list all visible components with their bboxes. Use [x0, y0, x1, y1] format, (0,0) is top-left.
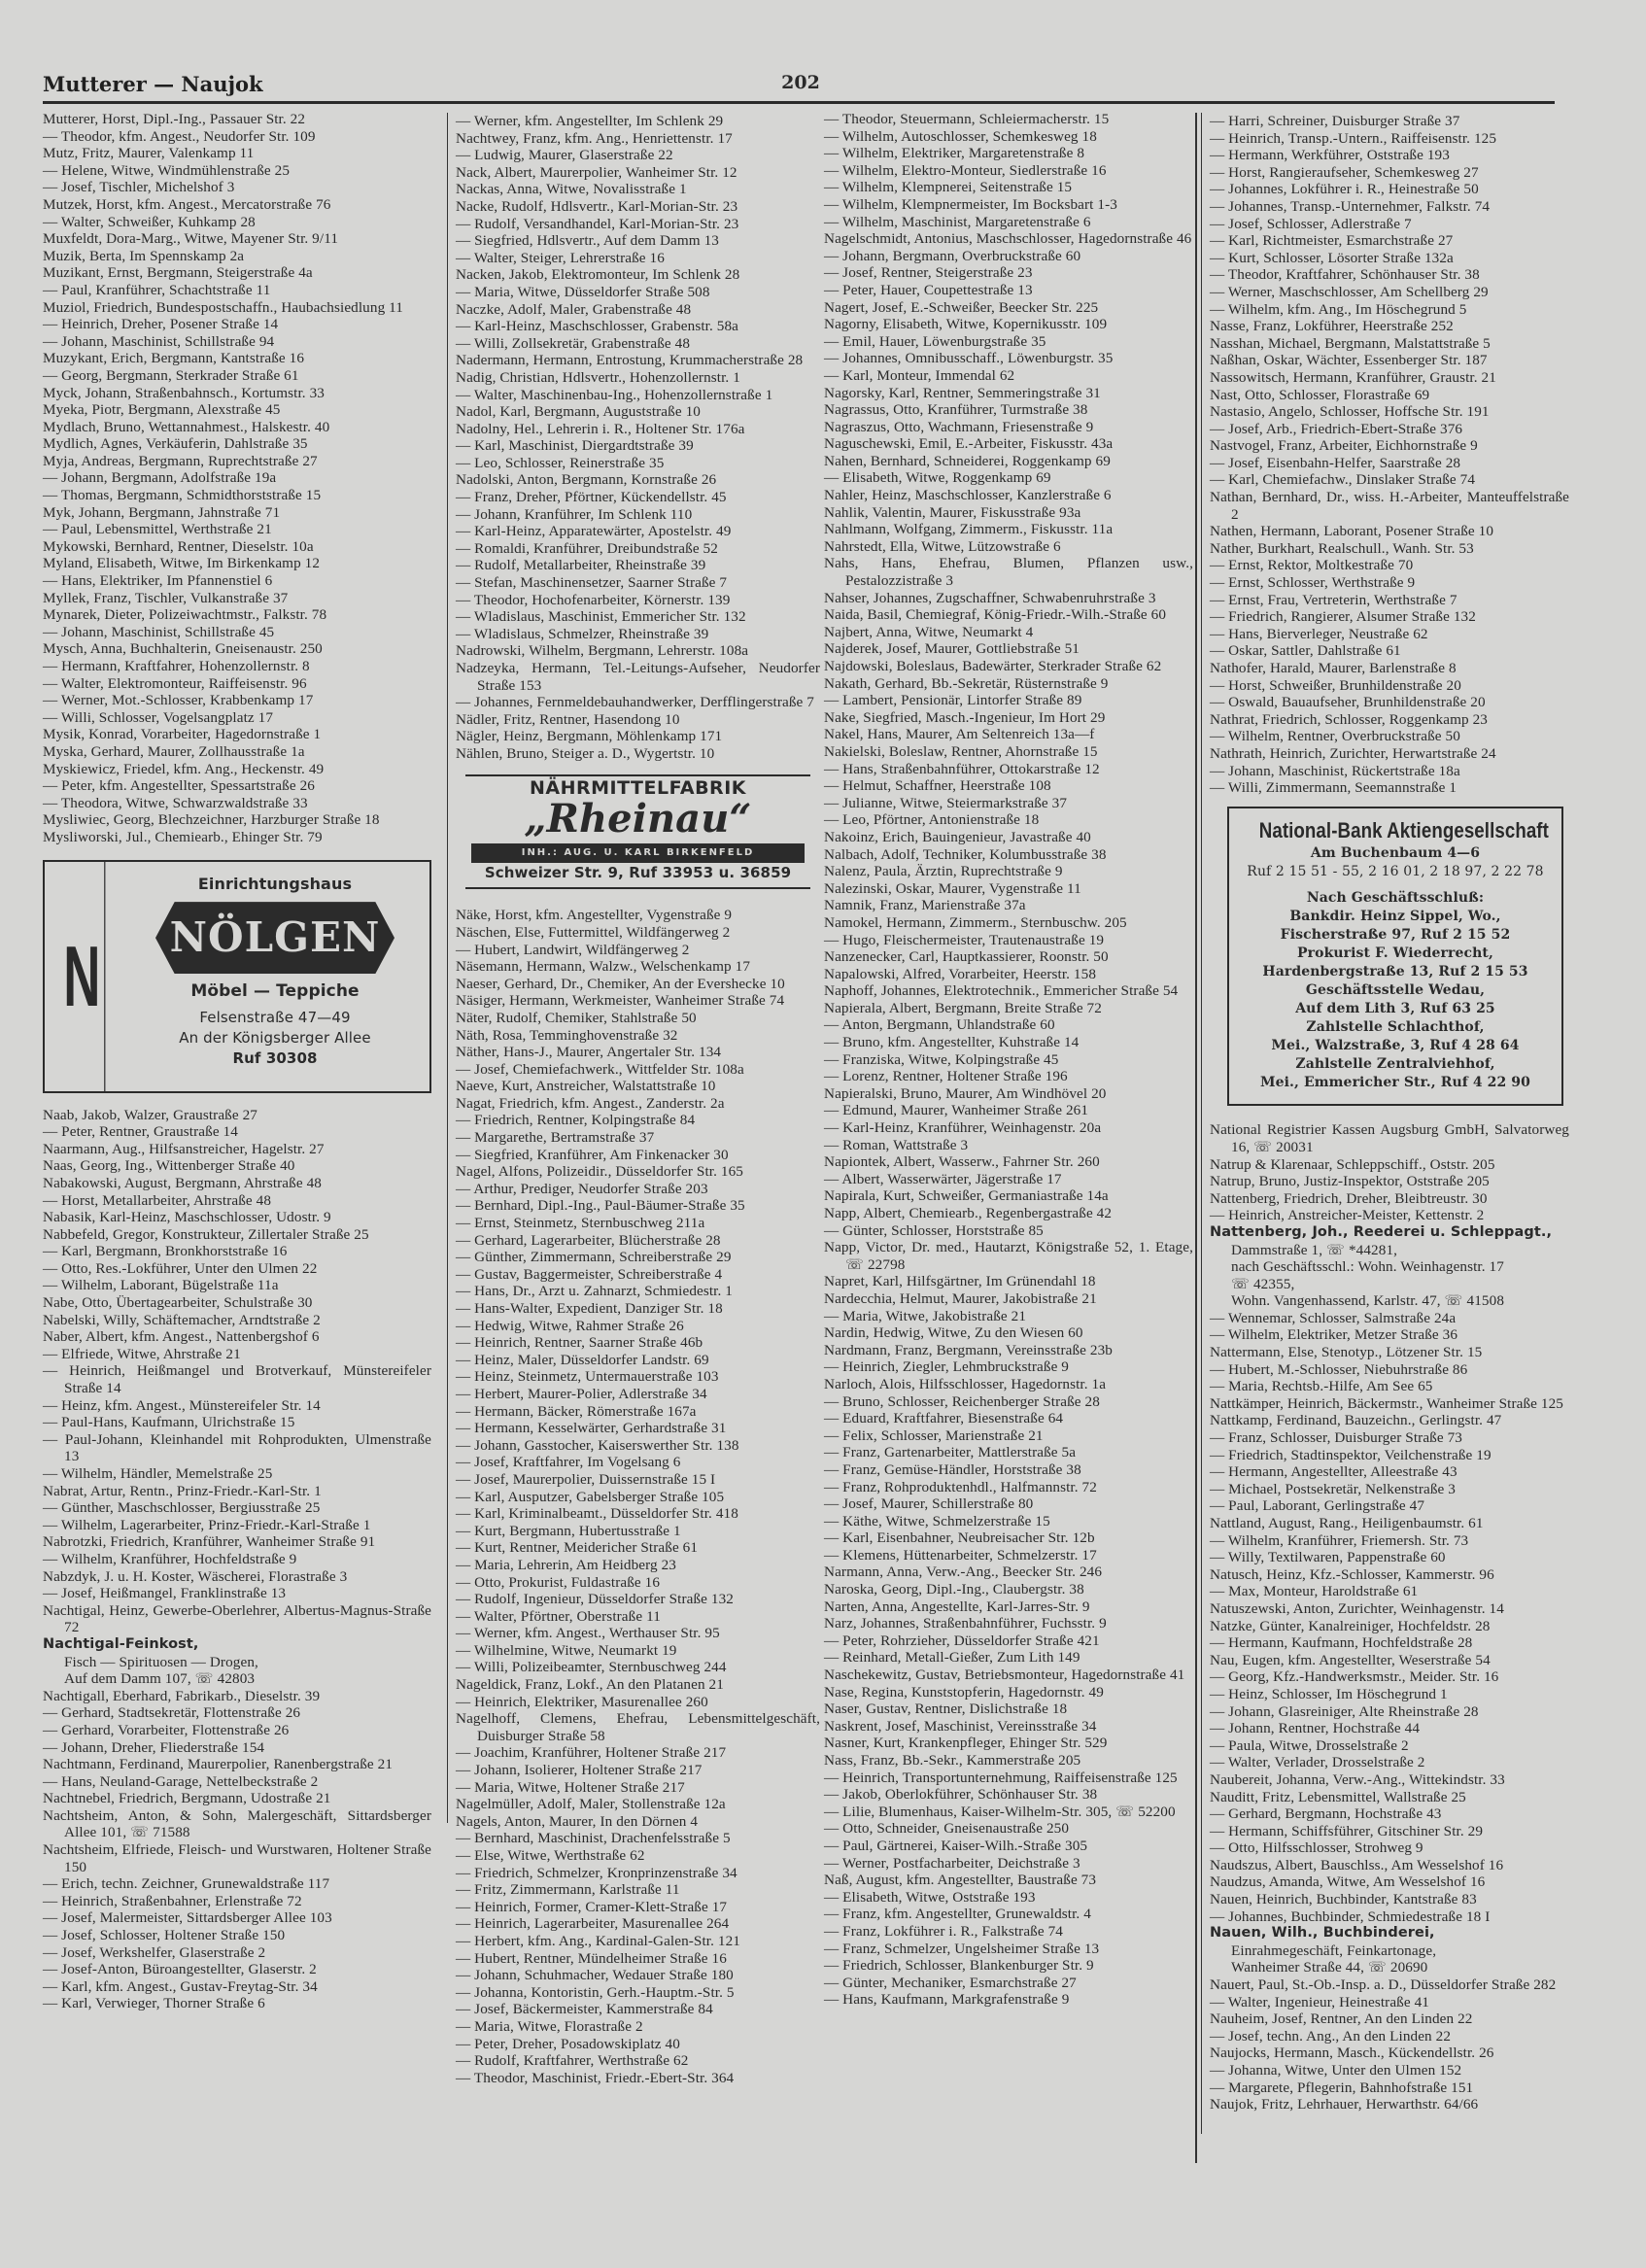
directory-entry: Natrup, Bruno, Justiz-Inspektor, Oststra… [1210, 1173, 1569, 1190]
directory-entry: Nardin, Hedwig, Witwe, Zu den Wiesen 60 [824, 1324, 1193, 1342]
directory-entry: — Wladislaus, Schmelzer, Rheinstraße 39 [456, 626, 820, 643]
directory-entry: — Georg, Kfz.-Handwerksmstr., Meider. St… [1210, 1668, 1569, 1686]
directory-entry: Nachtmann, Ferdinand, Maurerpolier, Rane… [43, 1756, 431, 1773]
bank-contact-lines: Bankdir. Heinz Sippel, Wo.,Fischerstraße… [1235, 908, 1556, 1092]
directory-entry: — Peter, Rohrzieher, Düsseldorfer Straße… [824, 1632, 1193, 1650]
directory-entry: — Werner, Mot.-Schlosser, Krabbenkamp 17 [43, 692, 431, 709]
directory-entry: — Hermann, Kesselwärter, Gerhardstraße 3… [456, 1420, 820, 1437]
directory-entry: — Josef, Tischler, Michelshof 3 [43, 179, 431, 196]
directory-entry: Nacke, Rudolf, Hdlsvertr., Karl-Morian-S… [456, 198, 820, 216]
directory-entry: Natzke, Günter, Kanalreiniger, Hochfelds… [1210, 1618, 1569, 1635]
section-letter: N [60, 862, 106, 1091]
directory-entry: Nadzeyka, Hermann, Tel.-Leitungs-Aufsehe… [456, 660, 820, 694]
directory-entry: Nakielski, Boleslaw, Rentner, Ahornstraß… [824, 743, 1193, 761]
directory-entry: — Herbert, Maurer-Polier, Adlerstraße 34 [456, 1386, 820, 1403]
directory-entry: Nachtsheim, Anton, & Sohn, Malergeschäft… [43, 1807, 431, 1841]
directory-entry: — Friedrich, Schmelzer, Kronprinzenstraß… [456, 1865, 820, 1882]
directory-entry: Nagels, Anton, Maurer, In den Dörnen 4 [456, 1813, 820, 1831]
directory-entry: Nabelski, Willy, Schäftemacher, Arndtstr… [43, 1312, 431, 1329]
directory-entry: Nast, Otto, Schlosser, Florastraße 69 [1210, 387, 1569, 404]
directory-entry: — Theodor, kfm. Angest., Neudorfer Str. … [43, 128, 431, 146]
directory-entry: — Wilhelm, Lagerarbeiter, Prinz-Friedr.-… [43, 1517, 431, 1534]
directory-entry: Napirala, Kurt, Schweißer, Germaniastraß… [824, 1187, 1193, 1205]
directory-entry: Mutzek, Horst, kfm. Angest., Mercatorstr… [43, 196, 431, 214]
entry-list: National Registrier Kassen Augsburg GmbH… [1210, 1121, 1569, 2113]
directory-entry: Nase, Regina, Kunststopferin, Hagedornst… [824, 1684, 1193, 1701]
directory-entry: Nathrat, Friedrich, Schlosser, Roggenkam… [1210, 711, 1569, 729]
directory-entry: — Bruno, kfm. Angestellter, Kuhstraße 14 [824, 1034, 1193, 1051]
directory-entry: — Friedrich, Rangierer, Alsumer Straße 1… [1210, 608, 1569, 626]
directory-entry: Nabakowski, August, Bergmann, Ahrstraße … [43, 1175, 431, 1192]
directory-entry: — Gerhard, Lagerarbeiter, Blücherstraße … [456, 1232, 820, 1250]
directory-entry: — Günther, Maschschlosser, Bergiusstraße… [43, 1499, 431, 1517]
directory-entry: Mutz, Fritz, Maurer, Valenkamp 11 [43, 145, 431, 162]
directory-entry: Nau, Eugen, kfm. Angestellter, Weserstra… [1210, 1652, 1569, 1669]
directory-entry: Naschekewitz, Gustav, Betriebsmonteur, H… [824, 1667, 1193, 1684]
business-listing: Nachtigal-Feinkost, [43, 1636, 431, 1654]
directory-entry: — Wilhelmine, Witwe, Neumarkt 19 [456, 1642, 820, 1660]
directory-entry: — Otto, Schneider, Gneisenaustraße 250 [824, 1820, 1193, 1838]
directory-entry: Nathrath, Heinrich, Zurichter, Herwartst… [1210, 745, 1569, 763]
directory-entry: Narmann, Anna, Verw.-Ang., Beecker Str. … [824, 1564, 1193, 1581]
directory-entry: Nanzenecker, Carl, Hauptkassierer, Roons… [824, 948, 1193, 966]
directory-entry: — Walter, Verlader, Drosselstraße 2 [1210, 1754, 1569, 1771]
directory-entry: — Johannes, Lokführer i. R., Heinestraße… [1210, 181, 1569, 198]
directory-entry: — Else, Witwe, Werthstraße 62 [456, 1847, 820, 1865]
directory-entry: Nädler, Fritz, Rentner, Hasendong 10 [456, 711, 820, 729]
directory-entry: — Josef, Schlosser, Adlerstraße 7 [1210, 216, 1569, 233]
directory-entry: Naarmann, Aug., Hilfsanstreicher, Hagels… [43, 1141, 431, 1158]
directory-entry: — Gerhard, Stadtsekretär, Flottenstraße … [43, 1704, 431, 1722]
directory-entry: — Paula, Witwe, Drosselstraße 2 [1210, 1737, 1569, 1755]
directory-entry: — Hans-Walter, Expedient, Danziger Str. … [456, 1300, 820, 1318]
directory-entry: — Werner, kfm. Angest., Werthauser Str. … [456, 1625, 820, 1642]
directory-entry: — Ernst, Schlosser, Werthstraße 9 [1210, 574, 1569, 592]
directory-entry: — Theodor, Hochofenarbeiter, Körnerstr. … [456, 592, 820, 609]
directory-entry: Nathen, Hermann, Laborant, Posener Straß… [1210, 523, 1569, 540]
directory-entry: — Johannes, Buchbinder, Schmiedestraße 1… [1210, 1908, 1569, 1926]
directory-entry: — Joachim, Kranführer, Holtener Straße 2… [456, 1744, 820, 1762]
directory-entry: — Josef, Schlosser, Holtener Straße 150 [43, 1927, 431, 1944]
directory-entry: Nattland, August, Rang., Heiligenbaumstr… [1210, 1515, 1569, 1532]
directory-entry: — Heinrich, Transportunternehmung, Raiff… [824, 1770, 1193, 1787]
directory-entry: Nagrassus, Otto, Kranführer, Turmstraße … [824, 401, 1193, 419]
directory-entry: — Heinrich, Straßenbahner, Erlenstraße 7… [43, 1893, 431, 1910]
listing-detail: Wohn. Vangenhassend, Karlstr. 47, ☏ 4150… [1210, 1292, 1569, 1310]
directory-entry: Nachtsheim, Elfriede, Fleisch- und Wurst… [43, 1841, 431, 1875]
directory-entry: Nagert, Josef, E.-Schweißer, Beecker Str… [824, 299, 1193, 317]
directory-entry: — Josef, Rentner, Steigerstraße 23 [824, 264, 1193, 282]
directory-entry: Napalowski, Alfred, Vorarbeiter, Heerstr… [824, 966, 1193, 983]
directory-entry: — Johanna, Witwe, Unter den Ulmen 152 [1210, 2062, 1569, 2079]
directory-entry: Mutterer, Horst, Dipl.-Ing., Passauer St… [43, 111, 431, 128]
directory-entry: — Horst, Rangieraufseher, Schemkesweg 27 [1210, 164, 1569, 182]
directory-entry: — Willi, Schlosser, Vogelsangplatz 17 [43, 709, 431, 727]
directory-entry: Nadrowski, Wilhelm, Bergmann, Lehrerstr.… [456, 642, 820, 660]
directory-entry: — Theodor, Kraftfahrer, Schönhauser Str.… [1210, 266, 1569, 284]
directory-entry: — Elisabeth, Witwe, Roggenkamp 69 [824, 469, 1193, 487]
directory-entry: Naczke, Adolf, Maler, Grabenstraße 48 [456, 301, 820, 319]
directory-entry: — Johannes, Fernmeldebauhandwerker, Derf… [456, 694, 820, 711]
directory-entry: Nadol, Karl, Bergmann, Auguststraße 10 [456, 403, 820, 421]
directory-entry: — Johanna, Kontoristin, Gerh.-Hauptm.-St… [456, 1984, 820, 2002]
directory-entry: Muzikant, Ernst, Bergmann, Steigerstraße… [43, 264, 431, 282]
directory-entry: Natusch, Heinz, Kfz.-Schlosser, Kammerst… [1210, 1566, 1569, 1584]
directory-entry: — Heinrich, Lagerarbeiter, Masurenallee … [456, 1915, 820, 1933]
directory-entry: — Lambert, Pensionär, Lintorfer Straße 8… [824, 692, 1193, 709]
entry-list: Näke, Horst, kfm. Angestellter, Vygenstr… [456, 907, 820, 2086]
directory-entry: Nakoinz, Erich, Bauingenieur, Javastraße… [824, 829, 1193, 846]
directory-entry: — Karl, kfm. Angest., Gustav-Freytag-Str… [43, 1978, 431, 1996]
directory-entry: Mykowski, Bernhard, Rentner, Dieselstr. … [43, 538, 431, 556]
directory-entry: — Karl, Richtmeister, Esmarchstraße 27 [1210, 232, 1569, 250]
listing-detail: Einrahmegeschäft, Feinkartonage, [1210, 1942, 1569, 1960]
directory-entry: — Günter, Schlosser, Horststraße 85 [824, 1222, 1193, 1240]
directory-entry: — Josef, Arb., Friedrich-Ebert-Straße 37… [1210, 421, 1569, 438]
directory-entry: Näter, Rudolf, Chemiker, Stahlstraße 50 [456, 1010, 820, 1027]
directory-entry: — Rudolf, Ingenieur, Düsseldorfer Straße… [456, 1591, 820, 1608]
ad-address-2: An der Königsberger Allee [120, 1028, 429, 1048]
directory-entry: — Johann, Bergmann, Overbruckstraße 60 [824, 248, 1193, 265]
directory-entry: — Josef, Maurer, Schillerstraße 80 [824, 1495, 1193, 1513]
directory-entry: — Willi, Zimmermann, Seemannstraße 1 [1210, 779, 1569, 797]
business-listing: Nattenberg, Joh., Reederei u. Schleppagt… [1210, 1224, 1569, 1242]
directory-entry: — Walter, Maschinenbau-Ing., Hohenzoller… [456, 387, 820, 404]
directory-entry: — Johann, Dreher, Fliederstraße 154 [43, 1739, 431, 1757]
directory-entry: — Josef-Anton, Büroangestellter, Glasers… [43, 1961, 431, 1978]
directory-entry: Naudzus, Amanda, Witwe, Am Wesselshof 16 [1210, 1873, 1569, 1891]
directory-entry: — Johann, Gasstocher, Kaiserswerther Str… [456, 1437, 820, 1455]
directory-entry: Nachtigall, Eberhard, Fabrikarb., Diesel… [43, 1688, 431, 1705]
directory-entry: — Stefan, Maschinensetzer, Saarner Straß… [456, 574, 820, 592]
directory-entry: — Paul, Laborant, Gerlingstraße 47 [1210, 1497, 1569, 1515]
entry-list: Naab, Jakob, Walzer, Graustraße 27— Pete… [43, 1107, 431, 2012]
directory-entry: Nasse, Franz, Lokführer, Heerstraße 252 [1210, 318, 1569, 335]
directory-entry: — Otto, Hilfsschlosser, Strohweg 9 [1210, 1839, 1569, 1857]
listing-detail: Fisch — Spirituosen — Drogen, [43, 1654, 431, 1671]
directory-entry: — Fritz, Zimmermann, Karlstraße 11 [456, 1881, 820, 1899]
bank-contact-line: Fischerstraße 97, Ruf 2 15 52 [1235, 926, 1556, 945]
directory-entry: — Franz, Rohproduktenhdl., Halfmannstr. … [824, 1479, 1193, 1496]
directory-entry: — Ludwig, Maurer, Glaserstraße 22 [456, 147, 820, 164]
directory-entry: — Romaldi, Kranführer, Dreibundstraße 52 [456, 540, 820, 558]
bank-contact-line: Mei., Emmericher Str., Ruf 4 22 90 [1235, 1074, 1556, 1092]
directory-entry: Narten, Anna, Angestellte, Karl-Jarres-S… [824, 1598, 1193, 1616]
listing-detail: Dammstraße 1, ☏ *44281, [1210, 1242, 1569, 1259]
directory-entry: — Harri, Schreiner, Duisburger Straße 37 [1210, 113, 1569, 130]
directory-entry: Nass, Franz, Bb.-Sekr., Kammerstraße 205 [824, 1752, 1193, 1770]
directory-entry: — Helene, Witwe, Windmühlenstraße 25 [43, 162, 431, 180]
directory-entry: Nather, Burkhart, Realschull., Wanh. Str… [1210, 540, 1569, 558]
directory-entry: Naber, Albert, kfm. Angest., Nattenbergs… [43, 1328, 431, 1346]
directory-entry: — Hermann, Angestellter, Alleestraße 43 [1210, 1463, 1569, 1481]
directory-entry: — Josef, Malermeister, Sittardsberger Al… [43, 1909, 431, 1927]
directory-entry: — Heinrich, Transp.-Untern., Raiffeisens… [1210, 130, 1569, 148]
directory-entry: — Elisabeth, Witwe, Oststraße 193 [824, 1889, 1193, 1907]
directory-entry: — Willy, Textilwaren, Pappenstraße 60 [1210, 1549, 1569, 1566]
listing-detail: ☏ 42355, [1210, 1276, 1569, 1293]
directory-entry: Nalbach, Adolf, Techniker, Kolumbusstraß… [824, 846, 1193, 864]
ad-address: Schweizer Str. 9, Ruf 33953 u. 36859 [465, 865, 810, 882]
directory-entry: Muzykant, Erich, Bergmann, Kantstraße 16 [43, 350, 431, 367]
directory-entry: — Franz, Gartenarbeiter, Mattlerstraße 5… [824, 1444, 1193, 1461]
directory-entry: — Gerhard, Bergmann, Hochstraße 43 [1210, 1805, 1569, 1823]
directory-entry: — Maria, Witwe, Düsseldorfer Straße 508 [456, 284, 820, 301]
directory-entry: Napp, Albert, Chemiearb., Regenbergastra… [824, 1205, 1193, 1222]
directory-entry: — Leo, Pförtner, Antonienstraße 18 [824, 811, 1193, 829]
directory-entry: — Walter, Ingenieur, Heinestraße 41 [1210, 1994, 1569, 2011]
directory-entry: — Paul-Johann, Kleinhandel mit Rohproduk… [43, 1431, 431, 1465]
directory-entry: — Maria, Witwe, Jakobistraße 21 [824, 1308, 1193, 1325]
directory-entry: — Johann, Maschinist, Schillstraße 45 [43, 624, 431, 641]
directory-entry: Namokel, Hermann, Zimmerm., Sternbuschw.… [824, 914, 1193, 932]
directory-entry: — Franz, Schmelzer, Ungelsheimer Straße … [824, 1941, 1193, 1958]
advertisement-national-bank: National-Bank Aktiengesellschaft Am Buch… [1227, 807, 1563, 1107]
bank-phones: Ruf 2 15 51 - 55, 2 16 01, 2 18 97, 2 22… [1235, 863, 1556, 881]
page-header: Mutterer — Naujok 202 [43, 72, 1559, 103]
directory-entry: — Heinrich, Anstreicher-Meister, Kettens… [1210, 1207, 1569, 1224]
directory-entry: — Wilhelm, kfm. Ang., Im Höschegrund 5 [1210, 301, 1569, 319]
directory-entry: — Hubert, Rentner, Mündelheimer Straße 1… [456, 1950, 820, 1968]
directory-entry: Napret, Karl, Hilfsgärtner, Im Grünendah… [824, 1273, 1193, 1290]
directory-entry: — Wilhelm, Rentner, Overbruckstraße 50 [1210, 728, 1569, 745]
directory-entry: Myck, Johann, Straßenbahnsch., Kortumstr… [43, 385, 431, 402]
directory-entry: Naeve, Kurt, Anstreicher, Walstattstraße… [456, 1078, 820, 1095]
directory-entry: — Hubert, Landwirt, Wildfängerweg 2 [456, 942, 820, 959]
column-3: — Theodor, Steuermann, Schleiermacherstr… [824, 111, 1193, 2009]
directory-entry: Napp, Victor, Dr. med., Hautarzt, Königs… [824, 1239, 1193, 1273]
page-number: 202 [43, 72, 1559, 93]
directory-entry: Nachtwey, Franz, kfm. Ang., Henriettenst… [456, 130, 820, 148]
directory-entry: — Heinz, Maler, Düsseldorfer Landstr. 69 [456, 1352, 820, 1369]
directory-entry: — Hermann, Schiffsführer, Gitschiner Str… [1210, 1823, 1569, 1840]
directory-entry: Nahs, Hans, Ehefrau, Blumen, Pflanzen us… [824, 555, 1193, 589]
directory-entry: Näke, Horst, kfm. Angestellter, Vygenstr… [456, 907, 820, 924]
directory-entry: — Johannes, Omnibusschaff., Löwenburgstr… [824, 350, 1193, 367]
directory-entry: — Heinrich, Elektriker, Masurenallee 260 [456, 1694, 820, 1711]
directory-entry: — Max, Monteur, Haroldstraße 61 [1210, 1583, 1569, 1600]
directory-entry: Nagelmüller, Adolf, Maler, Stollenstraße… [456, 1796, 820, 1813]
directory-entry: — Hermann, Werkführer, Oststraße 193 [1210, 147, 1569, 164]
directory-entry: — Karl, Monteur, Immendal 62 [824, 367, 1193, 385]
directory-entry: — Otto, Prokurist, Fuldastraße 16 [456, 1574, 820, 1592]
column-2: — Werner, kfm. Angestellter, Im Schlenk … [447, 113, 820, 1823]
directory-entry: — Emil, Hauer, Löwenburgstraße 35 [824, 333, 1193, 351]
directory-entry: — Hans, Dr., Arzt u. Zahnarzt, Schmiedes… [456, 1283, 820, 1300]
directory-entry: — Maria, Witwe, Florastraße 2 [456, 2018, 820, 2036]
directory-entry: Näsemann, Hermann, Walzw., Welschenkamp … [456, 958, 820, 976]
bank-contact-line: Bankdir. Heinz Sippel, Wo., [1235, 908, 1556, 926]
directory-entry: — Erich, techn. Zeichner, Grunewaldstraß… [43, 1875, 431, 1893]
directory-entry: — Peter, Dreher, Posadowskiplatz 40 [456, 2036, 820, 2053]
directory-entry: — Willi, Zollsekretär, Grabenstraße 48 [456, 335, 820, 353]
directory-entry: — Johann, Rentner, Hochstraße 44 [1210, 1720, 1569, 1737]
directory-entry: Mydlich, Agnes, Verkäuferin, Dahlstraße … [43, 435, 431, 453]
directory-entry: Najdowski, Boleslaus, Badewärter, Sterkr… [824, 658, 1193, 675]
listing-detail: nach Geschäftsschl.: Wohn. Weinhagenstr.… [1210, 1258, 1569, 1276]
column-1: Mutterer, Horst, Dipl.-Ing., Passauer St… [43, 111, 431, 2012]
directory-entry: — Hedwig, Witwe, Rahmer Straße 26 [456, 1318, 820, 1335]
directory-entry: — Wladislaus, Maschinist, Emmericher Str… [456, 608, 820, 626]
directory-entry: — Otto, Res.-Lokführer, Unter den Ulmen … [43, 1260, 431, 1278]
directory-entry: Myllek, Franz, Tischler, Vulkanstraße 37 [43, 590, 431, 607]
directory-entry: Nalenz, Paula, Ärztin, Ruprechtstraße 9 [824, 863, 1193, 880]
directory-entry: — Paul, Gärtnerei, Kaiser-Wilh.-Straße 3… [824, 1838, 1193, 1855]
listing-detail: Wanheimer Straße 44, ☏ 20690 [1210, 1959, 1569, 1976]
directory-entry: Nattermann, Else, Stenotyp., Lötzener St… [1210, 1344, 1569, 1361]
directory-entry: — Wilhelm, Klempnerei, Seitenstraße 15 [824, 179, 1193, 196]
directory-entry: — Eduard, Kraftfahrer, Biesenstraße 64 [824, 1410, 1193, 1427]
directory-entry: — Josef, Heißmangel, Franklinstraße 13 [43, 1585, 431, 1602]
directory-entry: — Maria, Lehrerin, Am Heidberg 23 [456, 1557, 820, 1574]
brand-name: „Rheinau“ [465, 797, 810, 842]
directory-entry: — Josef, Maurerpolier, Duissernstraße 15… [456, 1471, 820, 1489]
bank-title: National-Bank Aktiengesellschaft [1259, 822, 1532, 840]
directory-entry: Nauditt, Fritz, Lebensmittel, Wallstraße… [1210, 1789, 1569, 1806]
directory-entry: — Theodora, Witwe, Schwarzwaldstraße 33 [43, 795, 431, 812]
directory-entry: Najbert, Anna, Witwe, Neumarkt 4 [824, 624, 1193, 641]
directory-entry: Nagorsky, Karl, Rentner, Semmeringstraße… [824, 385, 1193, 402]
directory-entry: Naudszus, Albert, Bauschlss., Am Wessels… [1210, 1857, 1569, 1874]
directory-entry: — Heinrich, Rentner, Saarner Straße 46b [456, 1334, 820, 1352]
directory-entry: Naroska, Georg, Dipl.-Ing., Claubergstr.… [824, 1581, 1193, 1598]
directory-entry: Näschen, Else, Futtermittel, Wildfängerw… [456, 924, 820, 942]
directory-entry: — Horst, Schweißer, Brunhildenstraße 20 [1210, 677, 1569, 695]
directory-entry: — Werner, Maschschlosser, Am Schellberg … [1210, 284, 1569, 301]
directory-entry: — Karl, Eisenbahner, Neubreisacher Str. … [824, 1529, 1193, 1547]
directory-entry: — Kurt, Rentner, Meidericher Straße 61 [456, 1539, 820, 1557]
ad-phone: Ruf 30308 [120, 1048, 429, 1069]
bank-address: Am Buchenbaum 4—6 [1235, 844, 1556, 863]
directory-entry: — Walter, Schweißer, Kuhkamp 28 [43, 214, 431, 231]
directory-entry: — Heinz, kfm. Angest., Münstereifeler St… [43, 1397, 431, 1415]
directory-entry: — Günter, Mechaniker, Esmarchstraße 27 [824, 1975, 1193, 1992]
directory-entry: Nastvogel, Franz, Arbeiter, Eichhornstra… [1210, 437, 1569, 455]
directory-entry: Nagraszus, Otto, Wachmann, Friesenstraße… [824, 419, 1193, 436]
directory-entry: — Karl, Chemiefachw., Dinslaker Straße 7… [1210, 471, 1569, 489]
directory-entry: — Karl-Heinz, Kranführer, Weinhagenstr. … [824, 1119, 1193, 1137]
directory-entry: — Johann, Kranführer, Im Schlenk 110 [456, 506, 820, 524]
directory-entry: Natrup & Klarenaar, Schleppschiff., Osts… [1210, 1156, 1569, 1174]
directory-entry: — Heinz, Steinmetz, Untermauerstraße 103 [456, 1368, 820, 1386]
directory-entry: — Siegfried, Hdlsvertr., Auf dem Damm 13 [456, 232, 820, 250]
directory-entry: Natuszewski, Anton, Zurichter, Weinhagen… [1210, 1600, 1569, 1618]
directory-entry: — Julianne, Witwe, Steiermarkstraße 37 [824, 795, 1193, 812]
bank-contact-line: Auf dem Lith 3, Ruf 63 25 [1235, 1000, 1556, 1018]
directory-entry: Naujok, Fritz, Lehrhauer, Herwarthstr. 6… [1210, 2096, 1569, 2113]
directory-entry: — Roman, Wattstraße 3 [824, 1137, 1193, 1154]
directory-entry: Nagelschmidt, Antonius, Maschschlosser, … [824, 230, 1193, 248]
directory-entry: — Wilhelm, Autoschlosser, Schemkesweg 18 [824, 128, 1193, 146]
header-rule [43, 101, 1555, 104]
directory-entry: — Peter, kfm. Angestellter, Spessartstra… [43, 777, 431, 795]
directory-entry: Naßhan, Oskar, Wächter, Essenberger Str.… [1210, 352, 1569, 369]
directory-entry: — Josef, Kraftfahrer, Im Vogelsang 6 [456, 1454, 820, 1471]
directory-entry: — Johann, Isolierer, Holtener Straße 217 [456, 1762, 820, 1779]
directory-entry: — Heinrich, Former, Cramer-Klett-Straße … [456, 1899, 820, 1916]
directory-entry: — Hubert, M.-Schlosser, Niebuhrstraße 86 [1210, 1361, 1569, 1379]
directory-entry: — Paul, Lebensmittel, Werthstraße 21 [43, 521, 431, 538]
directory-entry: — Johannes, Transp.-Unternehmer, Falkstr… [1210, 198, 1569, 216]
brand-name: NÖLGEN [170, 929, 381, 946]
directory-entry: — Werner, kfm. Angestellter, Im Schlenk … [456, 113, 820, 130]
directory-entry: Myland, Elisabeth, Witwe, Im Birkenkamp … [43, 555, 431, 572]
directory-entry: Näth, Rosa, Temminghovenstraße 32 [456, 1027, 820, 1045]
directory-entry: — Josef, Bäckermeister, Kammerstraße 84 [456, 2001, 820, 2018]
directory-entry: — Oswald, Bauaufseher, Brunhildenstraße … [1210, 694, 1569, 711]
directory-entry: Nagel, Alfons, Polizeidir., Düsseldorfer… [456, 1163, 820, 1181]
directory-entry: — Heinz, Schlosser, Im Höschegrund 1 [1210, 1686, 1569, 1703]
directory-entry: Nalezinski, Oskar, Maurer, Vygenstraße 1… [824, 880, 1193, 898]
directory-entry: — Gerhard, Vorarbeiter, Flottenstraße 26 [43, 1722, 431, 1739]
directory-entry: — Paul-Hans, Kaufmann, Ulrichstraße 15 [43, 1414, 431, 1431]
directory-entry: Namnik, Franz, Marienstraße 37a [824, 897, 1193, 914]
directory-entry: — Karl, Bergmann, Bronkhorststraße 16 [43, 1243, 431, 1260]
column-divider [1195, 113, 1197, 2163]
directory-entry: — Felix, Schlosser, Marienstraße 21 [824, 1427, 1193, 1445]
directory-entry: — Albert, Wasserwärter, Jägerstraße 17 [824, 1171, 1193, 1188]
noelgen-logo: NÖLGEN [155, 902, 394, 974]
listing-detail: Auf dem Damm 107, ☏ 42803 [43, 1670, 431, 1688]
directory-entry: Nahen, Bernhard, Schneiderei, Roggenkamp… [824, 453, 1193, 470]
directory-entry: — Johann, Schuhmacher, Wedauer Straße 18… [456, 1967, 820, 1984]
directory-entry: — Wilhelm, Klempnermeister, Im Bocksbart… [824, 196, 1193, 214]
directory-entry: — Paul, Kranführer, Schachtstraße 11 [43, 282, 431, 299]
directory-entry: — Hermann, Kaufmann, Hochfeldstraße 28 [1210, 1634, 1569, 1652]
directory-entry: — Walter, Elektromonteur, Raiffeisenstr.… [43, 675, 431, 693]
directory-entry: Naskrent, Josef, Maschinist, Vereinsstra… [824, 1718, 1193, 1735]
directory-entry: Muxfeldt, Dora-Marg., Witwe, Mayener Str… [43, 230, 431, 248]
directory-entry: — Wilhelm, Elektriker, Margaretenstraße … [824, 145, 1193, 162]
directory-entry: Nabrotzki, Friedrich, Kranführer, Wanhei… [43, 1533, 431, 1551]
directory-entry: — Käthe, Witwe, Schmelzerstraße 15 [824, 1513, 1193, 1530]
directory-entry: Nadolny, Hel., Lehrerin i. R., Holtener … [456, 421, 820, 438]
directory-entry: Nackas, Anna, Witwe, Novalisstraße 1 [456, 181, 820, 198]
directory-entry: — Walter, Steiger, Lehrerstraße 16 [456, 250, 820, 267]
directory-entry: Nachtnebel, Friedrich, Bergmann, Udostra… [43, 1790, 431, 1807]
directory-entry: Nattenberg, Friedrich, Dreher, Bleibtreu… [1210, 1190, 1569, 1208]
directory-entry: — Lilie, Blumenhaus, Kaiser-Wilhelm-Str.… [824, 1804, 1193, 1821]
directory-entry: Nahlik, Valentin, Maurer, Fiskusstraße 9… [824, 504, 1193, 522]
directory-entry: Nathofer, Harald, Maurer, Barlenstraße 8 [1210, 660, 1569, 677]
directory-entry: — Elfriede, Witwe, Ahrstraße 21 [43, 1346, 431, 1363]
directory-entry: — Josef, Werkshelfer, Glaserstraße 2 [43, 1944, 431, 1962]
directory-entry: Nahlmann, Wolfgang, Zimmerm., Fiskusstr.… [824, 521, 1193, 538]
directory-entry: — Oskar, Sattler, Dahlstraße 61 [1210, 642, 1569, 660]
directory-entry: — Wilhelm, Maschinist, Margaretenstraße … [824, 214, 1193, 231]
entry-list: Mutterer, Horst, Dipl.-Ing., Passauer St… [43, 111, 431, 846]
directory-entry: — Johann, Maschinist, Rückertstraße 18a [1210, 763, 1569, 780]
directory-entry: — Siegfried, Kranführer, Am Finkenacker … [456, 1147, 820, 1164]
directory-entry: — Hans, Elektriker, Im Pfannenstiel 6 [43, 572, 431, 590]
directory-entry: — Edmund, Maurer, Wanheimer Straße 261 [824, 1102, 1193, 1119]
directory-entry: — Margarethe, Bertramstraße 37 [456, 1129, 820, 1147]
directory-entry: — Johann, Bergmann, Adolfstraße 19a [43, 469, 431, 487]
directory-entry: — Hans, Kaufmann, Markgrafenstraße 9 [824, 1991, 1193, 2009]
directory-entry: — Wilhelm, Händler, Memelstraße 25 [43, 1465, 431, 1483]
directory-entry: Mysliwiec, Georg, Blechzeichner, Harzbur… [43, 811, 431, 829]
directory-entry: Naujocks, Hermann, Masch., Kückendellstr… [1210, 2045, 1569, 2062]
business-listing: Nauen, Wilh., Buchbinderei, [1210, 1925, 1569, 1942]
directory-entry: Nattkamp, Ferdinand, Bauzeichn., Gerling… [1210, 1412, 1569, 1429]
directory-entry: — Georg, Bergmann, Sterkrader Straße 61 [43, 367, 431, 385]
advertisement-rheinau: NÄHRMITTELFABRIK „Rheinau“ INH.: AUG. U.… [465, 774, 810, 890]
directory-entry: — Klemens, Hüttenarbeiter, Schmelzerstr.… [824, 1547, 1193, 1564]
bank-contact-line: Mei., Walzstraße, 3, Ruf 4 28 64 [1235, 1037, 1556, 1055]
directory-entry: Nachtigal, Heinz, Gewerbe-Oberlehrer, Al… [43, 1602, 431, 1636]
directory-entry: Nasshan, Michael, Bergmann, Malstattstra… [1210, 335, 1569, 353]
directory-entry: Naser, Gustav, Rentner, Dislichstraße 18 [824, 1701, 1193, 1718]
